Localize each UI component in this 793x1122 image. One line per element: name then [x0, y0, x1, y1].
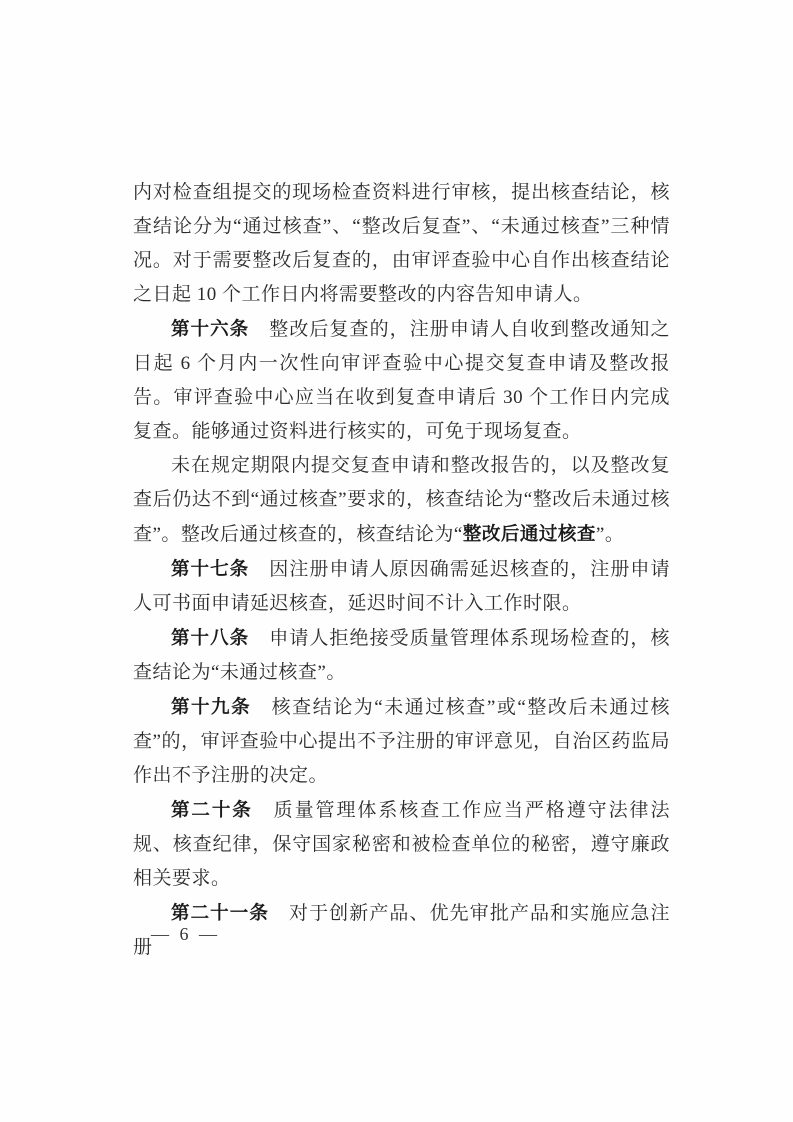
paragraph-text: 内对检查组提交的现场检查资料进行审核，提出核查结论，核查结论分为“通过核查”、“… [133, 182, 670, 305]
article-20-number: 第二十条 [171, 799, 253, 820]
paragraph-article-20: 第二十条 质量管理体系核查工作应当严格遵守法律法规、核查纪律，保守国家秘密和被检… [133, 793, 670, 896]
article-21-number: 第二十一条 [171, 902, 269, 923]
paragraph-continuation: 内对检查组提交的现场检查资料进行审核，提出核查结论，核查结论分为“通过核查”、“… [133, 176, 670, 312]
page-number: — 6 — [151, 924, 220, 945]
paragraph-article-17: 第十七条 因注册申请人原因确需延迟核查的，注册申请人可书面申请延迟核查，延迟时间… [133, 552, 670, 621]
bold-conclusion-term: 整改后通过核查 [463, 523, 596, 544]
article-18-number: 第十八条 [171, 627, 249, 648]
article-17-number: 第十七条 [171, 558, 249, 579]
paragraph-article-19: 第十九条 核查结论为“未通过核查”或“整改后未通过核查”的，审评查验中心提出不予… [133, 690, 670, 793]
document-page: 内对检查组提交的现场检查资料进行审核，提出核查结论，核查结论分为“通过核查”、“… [0, 0, 793, 1122]
paragraph-article-18: 第十八条 申请人拒绝接受质量管理体系现场检查的，核查结论为“未通过核查”。 [133, 621, 670, 690]
paragraph-text: ”。 [596, 524, 624, 545]
article-19-number: 第十九条 [171, 696, 251, 717]
article-16-number: 第十六条 [171, 318, 249, 339]
document-body: 内对检查组提交的现场检查资料进行审核，提出核查结论，核查结论分为“通过核查”、“… [133, 176, 670, 965]
paragraph-article-16: 第十六条 整改后复查的，注册申请人自收到整改通知之日起 6 个月内一次性向审评查… [133, 312, 670, 449]
paragraph-review-failure: 未在规定期限内提交复查申请和整改报告的，以及整改复查后仍达不到“通过核查”要求的… [133, 449, 670, 552]
